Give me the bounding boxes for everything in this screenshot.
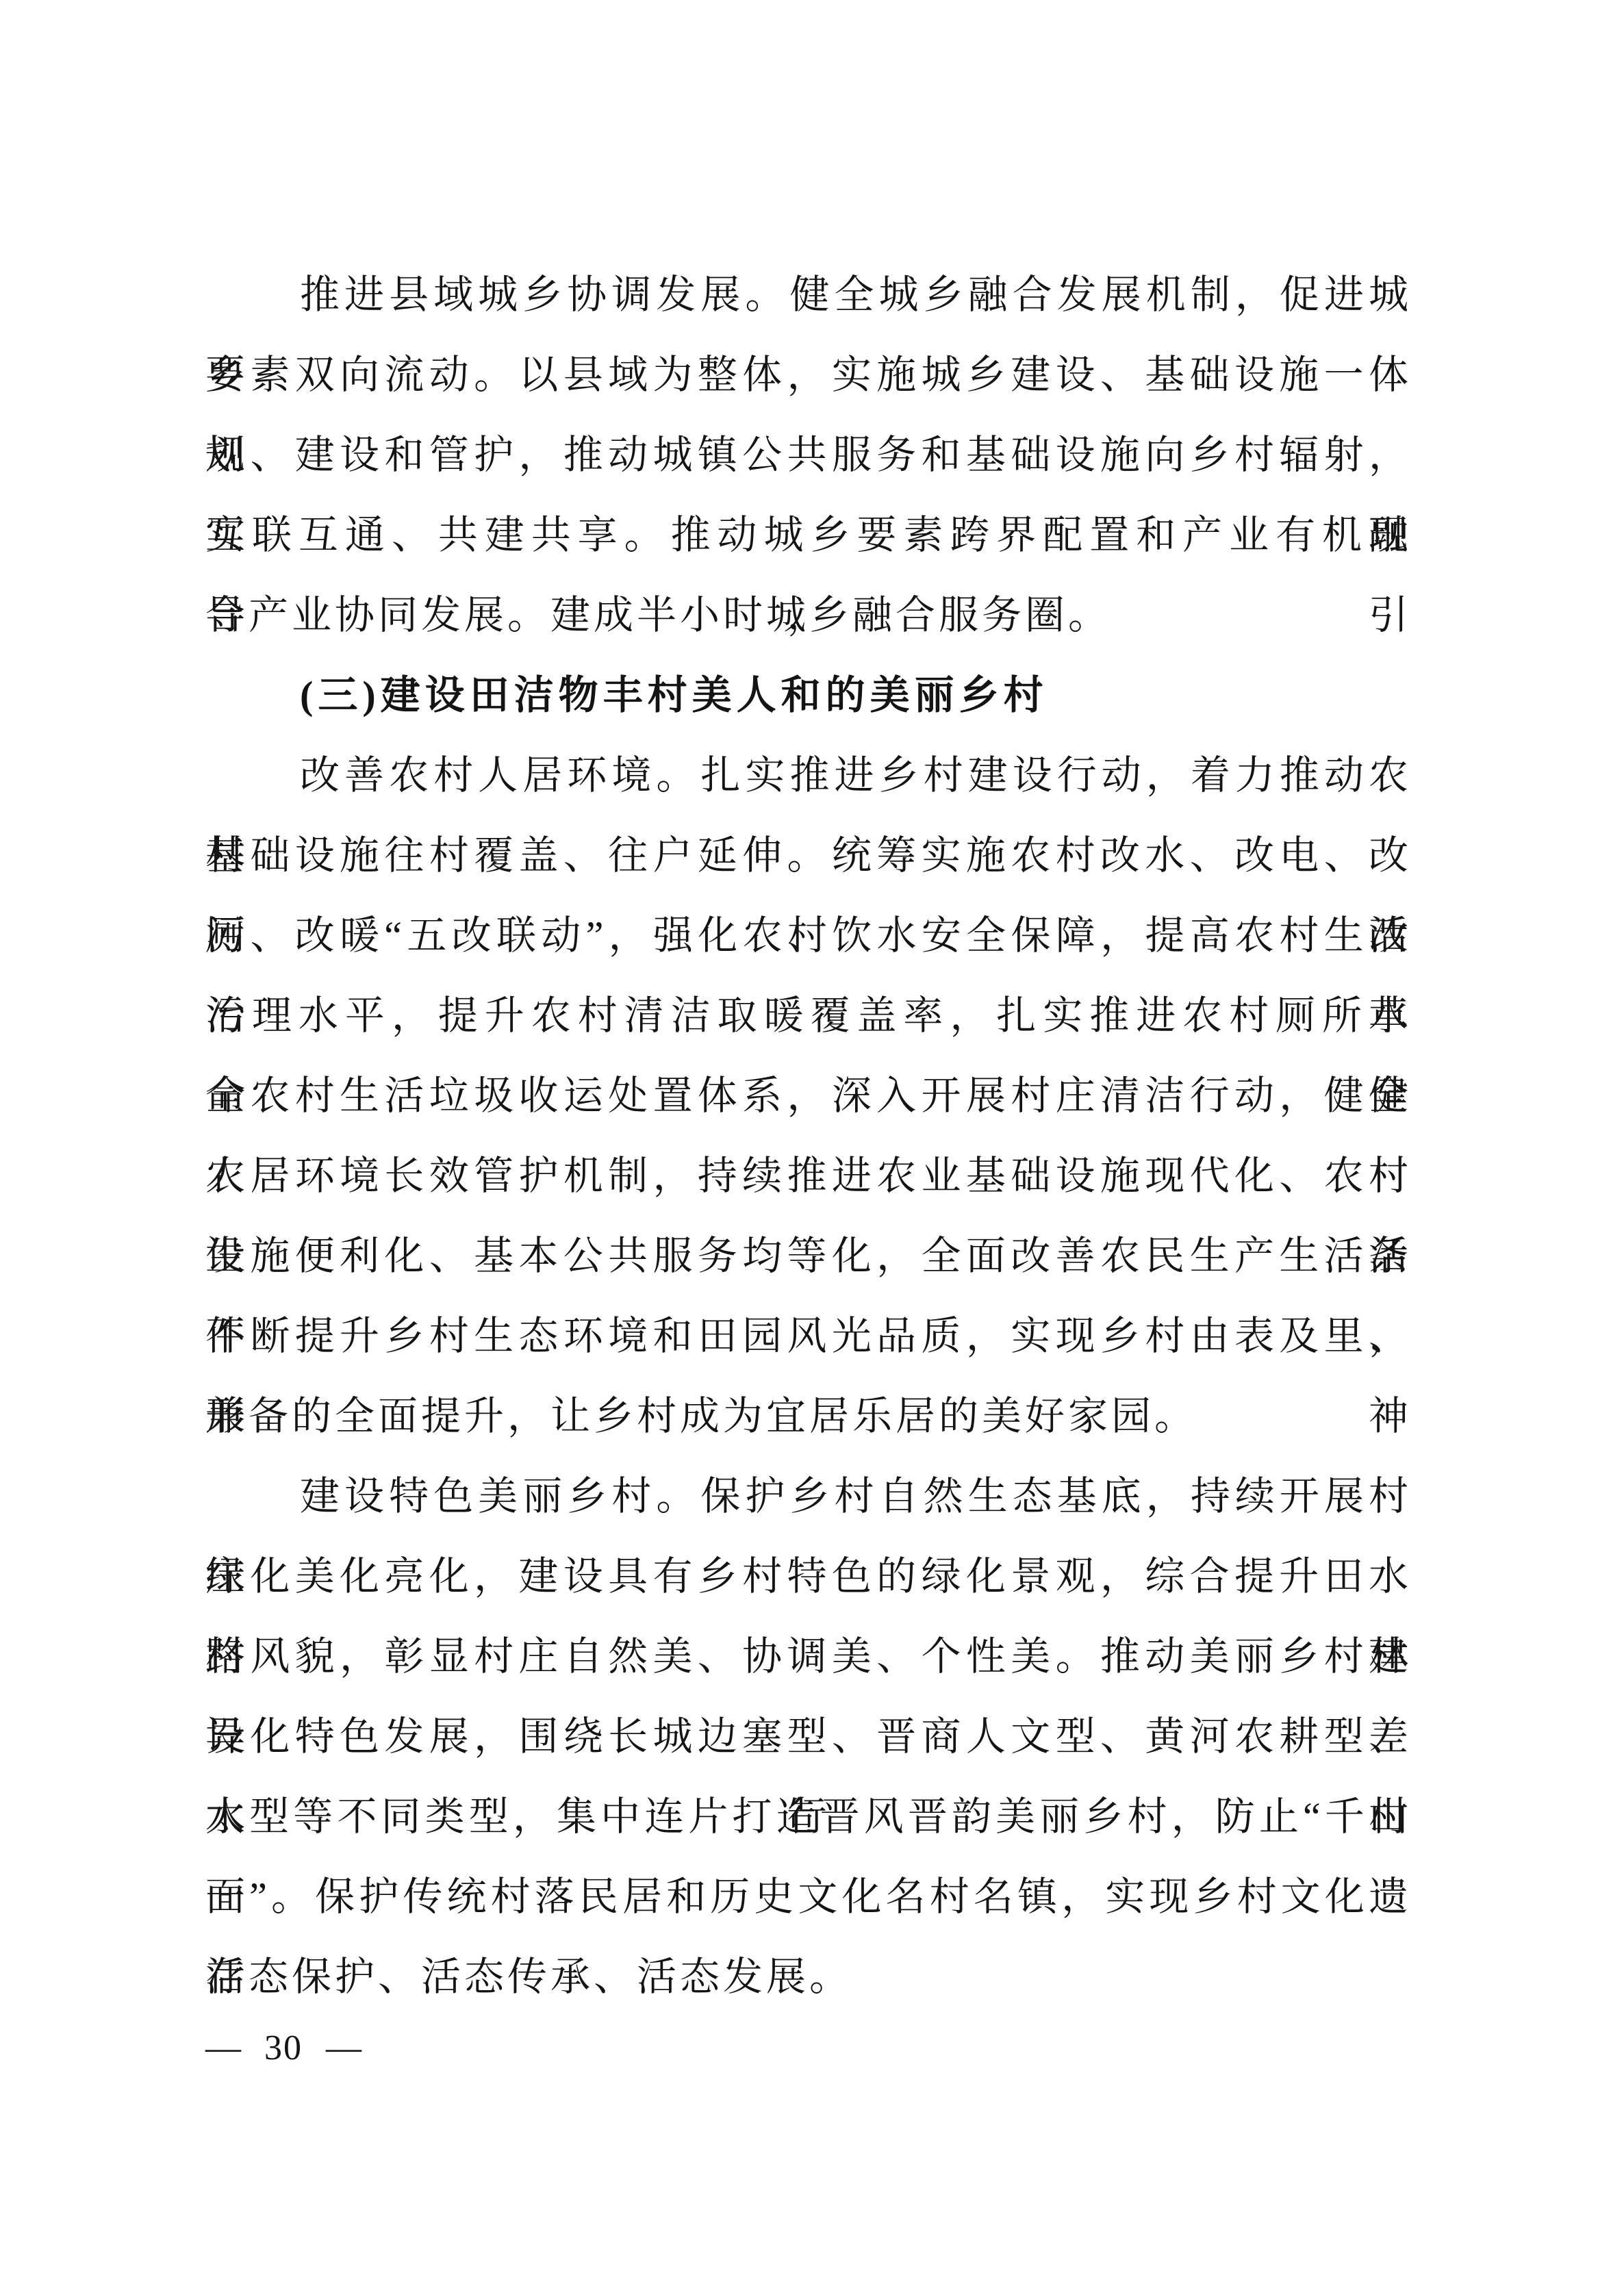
text-line: 全农村生活垃圾收运处置体系，深入开展村庄清洁行动，健全农村 (205, 1056, 1412, 1136)
section-heading: (三)建设田洁物丰村美人和的美丽乡村 (205, 655, 1412, 735)
page-footer: — 30 — (205, 2021, 361, 2076)
text-line: 水型等不同类型，集中连片打造晋风晋韵美丽乡村，防止“千村一 (205, 1777, 1412, 1857)
text-line: 划、建设和管护，推动城镇公共服务和基础设施向乡村辐射，实现 (205, 415, 1412, 495)
text-line: 建设特色美丽乡村。保护乡村自然生态基底，持续开展村庄 (205, 1456, 1412, 1536)
text-line: 设施便利化、基本公共服务均等化，全面改善农民生产生活条件， (205, 1216, 1412, 1296)
text-line: 村风貌，彰显村庄自然美、协调美、个性美。推动美丽乡村建设差 (205, 1616, 1412, 1696)
text-line: 要素双向流动。以县域为整体，实施城乡建设、基础设施一体规 (205, 335, 1412, 415)
text-line: 改善农村人居环境。扎实推进乡村建设行动，着力推动农村 (205, 735, 1412, 815)
text-line: 推进县域城乡协调发展。健全城乡融合发展机制，促进城乡 (205, 255, 1412, 335)
text-line: 活态保护、活态传承、活态发展。 (205, 1937, 1412, 2017)
text-line: 异化特色发展，围绕长城边塞型、晋商人文型、黄河农耕型、太行山 (205, 1696, 1412, 1777)
text-line: 污、改暖“五改联动”，强化农村饮水安全保障，提高农村生活污水 (205, 895, 1412, 976)
text-line: 治理水平，提升农村清洁取暖覆盖率，扎实推进农村厕所革命，健 (205, 976, 1412, 1056)
text-line: 互联互通、共建共享。推动城乡要素跨界配置和产业有机融合，引 (205, 495, 1412, 575)
page-number: 30 (264, 2021, 303, 2076)
text-block: 推进县域城乡协调发展。健全城乡融合发展机制，促进城乡要素双向流动。以县域为整体，… (205, 255, 1412, 2017)
footer-left-dash: — (205, 2021, 241, 2076)
document-page: 推进县域城乡协调发展。健全城乡融合发展机制，促进城乡要素双向流动。以县域为整体，… (0, 0, 1624, 2277)
footer-right-dash: — (326, 2021, 361, 2076)
text-line: 绿化美化亮化，建设具有乡村特色的绿化景观，综合提升田水路林 (205, 1536, 1412, 1616)
text-line: 人居环境长效管护机制，持续推进农业基础设施现代化、农村生活 (205, 1136, 1412, 1216)
text-line: 基础设施往村覆盖、往户延伸。统筹实施农村改水、改电、改厕、改 (205, 815, 1412, 895)
text-line: 面”。保护传统村落民居和历史文化名村名镇，实现乡村文化遗存 (205, 1857, 1412, 1937)
text-line: 不断提升乡村生态环境和田园风光品质，实现乡村由表及里、形神 (205, 1296, 1412, 1376)
